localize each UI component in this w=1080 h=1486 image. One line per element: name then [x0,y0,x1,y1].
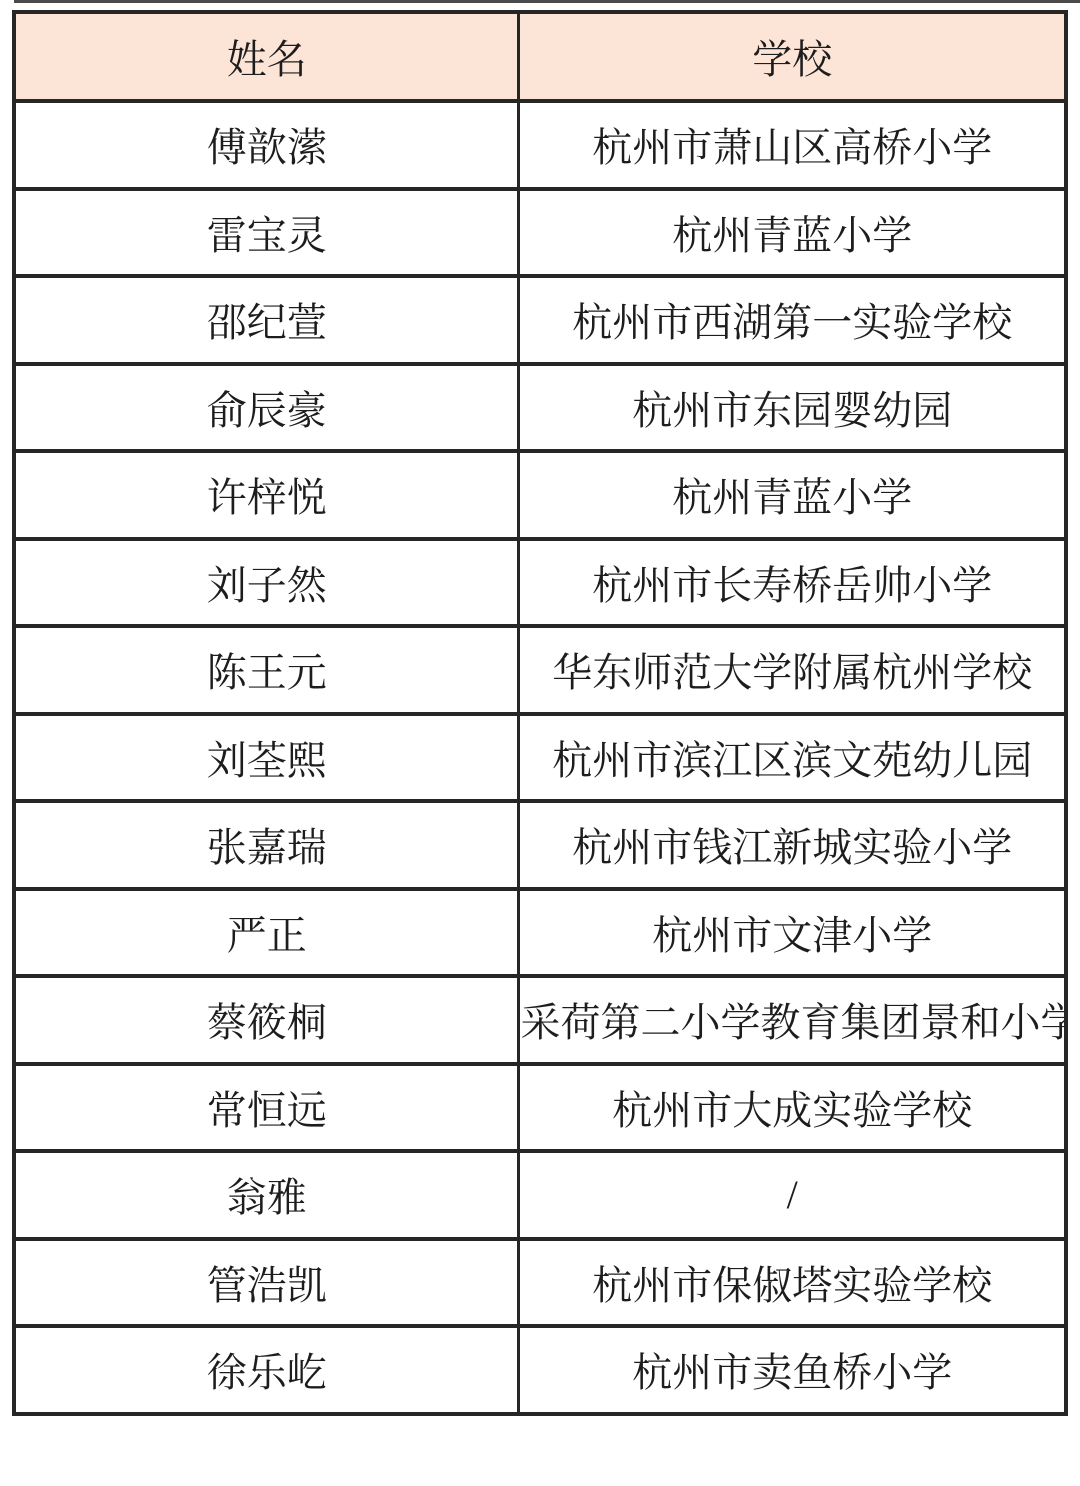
name-cell: 张嘉瑞 [14,801,519,889]
table-row: 徐乐屹 杭州市卖鱼桥小学 [14,1326,1066,1414]
name-cell: 刘荃熙 [14,714,519,802]
school-cell: 杭州市保俶塔实验学校 [519,1239,1066,1327]
table-row: 雷宝灵 杭州青蓝小学 [14,189,1066,277]
name-cell: 傅歆潆 [14,101,519,189]
table-row: 刘子然 杭州市长寿桥岳帅小学 [14,539,1066,627]
header-row: 姓名 学校 [14,12,1066,101]
table-row: 俞辰豪 杭州市东园婴幼园 [14,364,1066,452]
header-cell-school: 学校 [519,12,1066,101]
name-cell: 刘子然 [14,539,519,627]
table-row: 张嘉瑞 杭州市钱江新城实验小学 [14,801,1066,889]
table-row: 傅歆潆 杭州市萧山区高桥小学 [14,101,1066,189]
table-row: 翁雅 / [14,1151,1066,1239]
name-cell: 徐乐屹 [14,1326,519,1414]
school-cell: / [519,1151,1066,1239]
school-cell: 杭州市文津小学 [519,889,1066,977]
school-cell: 杭州青蓝小学 [519,189,1066,277]
school-cell: 杭州市长寿桥岳帅小学 [519,539,1066,627]
school-cell: 杭州市大成实验学校 [519,1064,1066,1152]
name-cell: 蔡筱桐 [14,976,519,1064]
table-row: 严正 杭州市文津小学 [14,889,1066,977]
school-cell: 采荷第二小学教育集团景和小学 [519,976,1066,1064]
name-cell: 严正 [14,889,519,977]
name-cell: 邵纪萱 [14,276,519,364]
name-school-table: 姓名 学校 傅歆潆 杭州市萧山区高桥小学 雷宝灵 杭州青蓝小学 邵纪萱 杭州市西… [12,10,1068,1416]
table-header: 姓名 学校 [14,12,1066,101]
table-row: 许梓悦 杭州青蓝小学 [14,451,1066,539]
school-cell: 杭州市钱江新城实验小学 [519,801,1066,889]
table-body: 傅歆潆 杭州市萧山区高桥小学 雷宝灵 杭州青蓝小学 邵纪萱 杭州市西湖第一实验学… [14,101,1066,1414]
table-row: 常恒远 杭州市大成实验学校 [14,1064,1066,1152]
table-row: 刘荃熙 杭州市滨江区滨文苑幼儿园 [14,714,1066,802]
name-cell: 常恒远 [14,1064,519,1152]
page: 姓名 学校 傅歆潆 杭州市萧山区高桥小学 雷宝灵 杭州青蓝小学 邵纪萱 杭州市西… [0,0,1080,1486]
name-cell: 俞辰豪 [14,364,519,452]
school-cell: 杭州青蓝小学 [519,451,1066,539]
name-cell: 许梓悦 [14,451,519,539]
table-row: 管浩凯 杭州市保俶塔实验学校 [14,1239,1066,1327]
name-cell: 雷宝灵 [14,189,519,277]
school-cell: 杭州市萧山区高桥小学 [519,101,1066,189]
name-cell: 翁雅 [14,1151,519,1239]
school-cell: 杭州市卖鱼桥小学 [519,1326,1066,1414]
school-cell: 华东师范大学附属杭州学校 [519,626,1066,714]
school-cell: 杭州市滨江区滨文苑幼儿园 [519,714,1066,802]
header-cell-name: 姓名 [14,12,519,101]
name-cell: 管浩凯 [14,1239,519,1327]
top-edge-artifact [14,0,1080,3]
name-cell: 陈王元 [14,626,519,714]
table-row: 邵纪萱 杭州市西湖第一实验学校 [14,276,1066,364]
table-row: 陈王元 华东师范大学附属杭州学校 [14,626,1066,714]
school-cell: 杭州市东园婴幼园 [519,364,1066,452]
school-cell: 杭州市西湖第一实验学校 [519,276,1066,364]
table-row: 蔡筱桐 采荷第二小学教育集团景和小学 [14,976,1066,1064]
